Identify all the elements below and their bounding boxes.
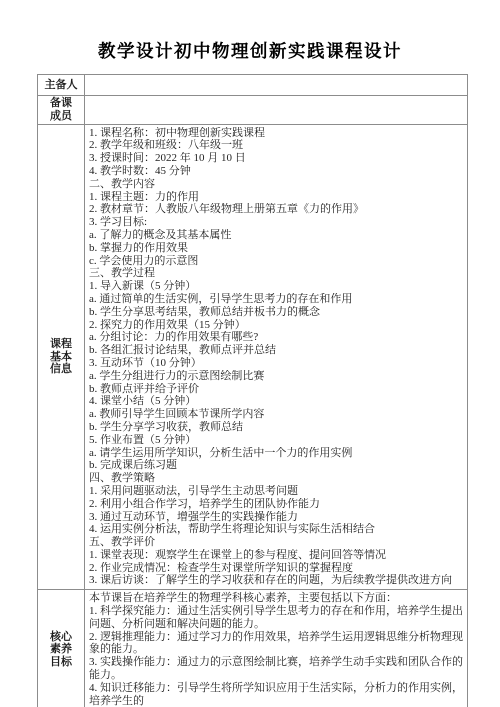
row-course-info: 课程 基本 信息 1. 课程名称：初中物理创新实践课程 2. 教学年级和班级：八… [38, 124, 467, 590]
content-paragraph: 2. 逻辑推理能力：通过学习力的作用效果，培养学生运用逻辑思维分析物理现象的能力… [89, 631, 463, 657]
content-line: 二、教学内容 [89, 178, 463, 191]
content-line: 1. 导入新课（5 分钟） [89, 280, 463, 293]
content-line: b. 教师点评并给予评价 [89, 383, 463, 396]
content-line: b. 学生分享学习收获，教师总结 [89, 421, 463, 434]
content-line: 5. 作业布置（5 分钟） [89, 434, 463, 447]
label-line: 主备人 [45, 79, 78, 92]
content-line: a. 分组讨论：力的作用效果有哪些? [89, 331, 463, 344]
page-title: 教学设计初中物理创新实践课程设计 [0, 38, 500, 63]
prep-members-value [85, 96, 467, 124]
content-line: 4. 课堂小结（5 分钟） [89, 395, 463, 408]
content-line: 四、教学策略 [89, 472, 463, 485]
content-line: 4. 教学时数：45 分钟 [89, 165, 463, 178]
content-line: 2. 作业完成情况：检查学生对课堂所学知识的掌握程度 [89, 562, 463, 575]
content-paragraph: 1. 科学探究能力：通过生活实例引导学生思考力的存在和作用，培养学生提出问题、分… [89, 605, 463, 631]
content-line: 2. 利用小组合作学习，培养学生的团队协作能力 [89, 498, 463, 511]
label-line: 课程 [50, 338, 72, 351]
content-line: 1. 课程主题：力的作用 [89, 191, 463, 204]
content-line: b. 完成课后练习题 [89, 459, 463, 472]
content-line: 1. 采用问题驱动法，引导学生主动思考问题 [89, 485, 463, 498]
content-paragraph: 4. 知识迁移能力：引导学生将所学知识应用于生活实际，分析力的作用实例，培养学生… [89, 682, 463, 707]
label-line: 目标 [50, 656, 72, 669]
content-line: 3. 授课时间：2022 年 10 月 10 日 [89, 152, 463, 165]
label-line: 备课 [50, 97, 72, 110]
content-line: 1. 课堂表现：观察学生在课堂上的参与程度、提问回答等情况 [89, 549, 463, 562]
content-line: 3. 课后访谈：了解学生的学习收获和存在的问题，为后续教学提供改进方向 [89, 574, 463, 587]
label-line: 核心 [50, 631, 72, 644]
content-line: a. 通过简单的生活实例，引导学生思考力的存在和作用 [89, 293, 463, 306]
main-preparer-value [85, 75, 467, 95]
content-line: 3. 通过互动环节，增强学生的实践操作能力 [89, 511, 463, 524]
content-line: 1. 课程名称：初中物理创新实践课程 [89, 127, 463, 140]
content-line: 2. 教材章节：人教版八年级物理上册第五章《力的作用》 [89, 203, 463, 216]
content-paragraph: 本节课旨在培养学生的物理学科核心素养，主要包括以下方面： [89, 592, 463, 605]
content-line: b. 学生分享思考结果，教师总结并板书力的概念 [89, 306, 463, 319]
row-main-preparer: 主备人 [38, 75, 467, 95]
core-literacy-label: 核心 素养 目标 [38, 590, 85, 707]
content-paragraph: 3. 实践操作能力：通过力的示意图绘制比赛，培养学生动手实践和团队合作的能力。 [89, 656, 463, 682]
row-prep-members: 备课 成员 [38, 95, 467, 124]
content-line: a. 了解力的概念及其基本属性 [89, 229, 463, 242]
content-line: a. 学生分组进行力的示意图绘制比赛 [89, 370, 463, 383]
content-line: 2. 探究力的作用效果（15 分钟） [89, 319, 463, 332]
content-line: 3. 互动环节（10 分钟） [89, 357, 463, 370]
row-core-literacy: 核心 素养 目标 本节课旨在培养学生的物理学科核心素养，主要包括以下方面： 1.… [38, 589, 467, 707]
label-line: 成员 [50, 110, 72, 123]
label-line: 信息 [50, 363, 72, 376]
label-line: 基本 [50, 351, 72, 364]
content-line: 五、教学评价 [89, 536, 463, 549]
content-line: a. 教师引导学生回顾本节课所学内容 [89, 408, 463, 421]
main-preparer-label: 主备人 [38, 75, 85, 95]
content-line: 三、教学过程 [89, 267, 463, 280]
content-line: b. 各组汇报讨论结果，教师点评并总结 [89, 344, 463, 357]
course-info-content: 1. 课程名称：初中物理创新实践课程 2. 教学年级和班级：八年级一班 3. 授… [85, 125, 467, 590]
prep-members-label: 备课 成员 [38, 96, 85, 124]
label-line: 素养 [50, 643, 72, 656]
lesson-plan-table: 主备人 备课 成员 课程 基本 信息 1. 课程名称：初中物理创新实践课程 2.… [37, 74, 468, 707]
content-line: c. 学会使用力的示意图 [89, 255, 463, 268]
content-line: 3. 学习目标: [89, 216, 463, 229]
content-line: b. 掌握力的作用效果 [89, 242, 463, 255]
content-line: 2. 教学年级和班级：八年级一班 [89, 139, 463, 152]
course-info-label: 课程 基本 信息 [38, 125, 85, 590]
content-line: 4. 运用实例分析法，帮助学生将理论知识与实际生活相结合 [89, 523, 463, 536]
core-literacy-content: 本节课旨在培养学生的物理学科核心素养，主要包括以下方面： 1. 科学探究能力：通… [85, 590, 467, 707]
content-line: a. 请学生运用所学知识，分析生活中一个力的作用实例 [89, 447, 463, 460]
